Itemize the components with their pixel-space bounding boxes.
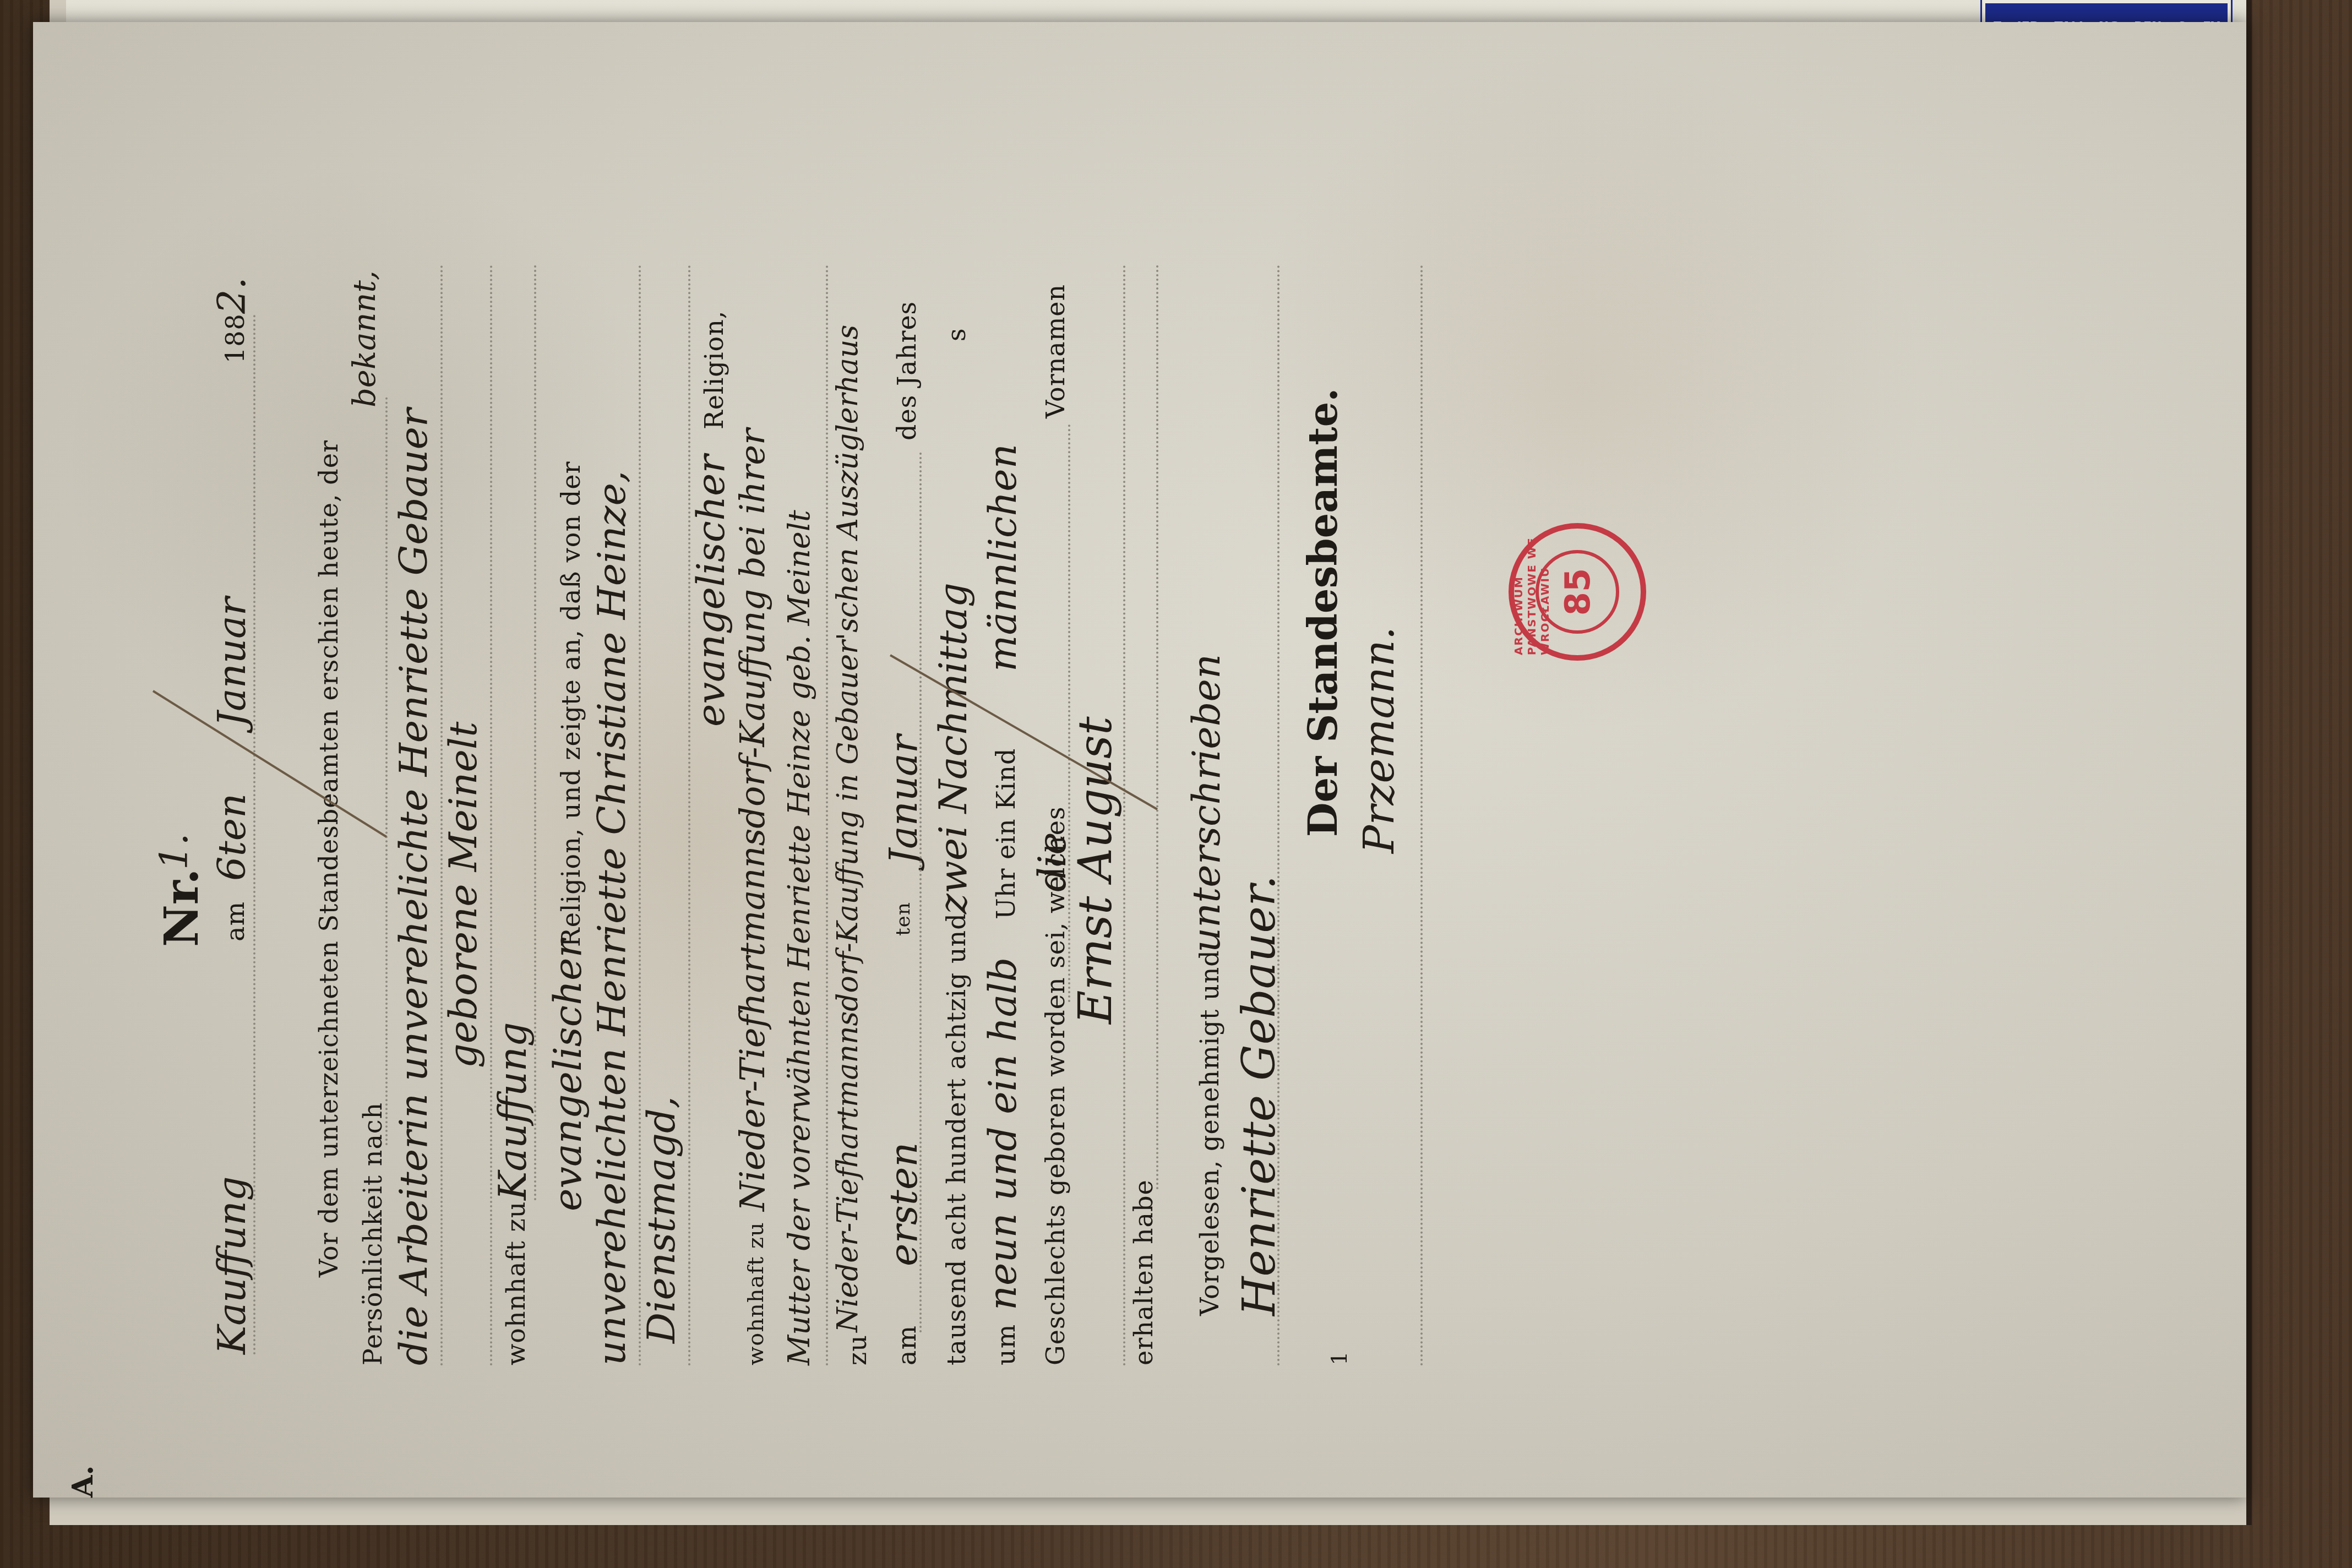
- official-line: [1420, 264, 1423, 1365]
- year-label: des Jahres: [892, 301, 922, 440]
- maiden-name-line: [490, 264, 492, 1365]
- mother-occupation: Dienstmagd,: [639, 1096, 684, 1343]
- entry-number-label: Nr.: [154, 868, 209, 947]
- date-prefix: am: [220, 901, 250, 941]
- informant-maiden-name: geborene Meinelt: [440, 722, 486, 1068]
- mother-residence-label: wohnhaft zu: [743, 1222, 769, 1365]
- year-handwritten: 2.: [209, 277, 254, 314]
- birth-register-form: A. 1 Nr. 1. Kauffung am 6ten Januar 188 …: [33, 66, 2180, 1498]
- residence-value: Kauffung: [490, 1022, 535, 1200]
- birthdate-line: [919, 451, 922, 1332]
- read-approved-label: Vorgelesen, genehmigt und: [1195, 950, 1224, 1316]
- official-title: Der Standesbeamte.: [1299, 388, 1346, 837]
- entry-number-value: 1.: [151, 833, 197, 870]
- archive-stamp: ARCHIWUM PAŃSTWOWE WE WROCŁAWIU 85: [1509, 523, 1646, 661]
- residence-detail-line: [826, 264, 828, 1365]
- birthplace-value: Nieder-Tiefhartmannsdorf-Kauffung in Geb…: [831, 325, 864, 1332]
- birthplace-label: zu: [842, 1335, 872, 1365]
- religion-label: Religion,: [699, 311, 729, 429]
- official-signature: Przemann.: [1354, 627, 1403, 853]
- received-label: erhalten habe: [1129, 1179, 1158, 1365]
- place-handwritten: Kauffung: [209, 1176, 254, 1354]
- date-month: Januar: [209, 597, 254, 727]
- mother-name: unverehelichten Henriette Christiane Hei…: [589, 471, 634, 1365]
- year-words: tausend acht hundert achtzig und: [941, 913, 971, 1365]
- birth-time: neun und ein halb: [980, 957, 1025, 1310]
- date-line: [253, 314, 255, 1354]
- read-approved-value: unterschrieben: [1184, 654, 1229, 952]
- birth-day-suffix: ten: [892, 902, 914, 936]
- child-label: Uhr ein Kind: [991, 748, 1021, 919]
- time-label: um: [991, 1324, 1021, 1365]
- informant-religion: evangelischer: [545, 939, 590, 1211]
- mother-residence-detail: Mutter der vorerwähnten Henriette Heinze…: [782, 510, 816, 1365]
- corner-letter: A.: [66, 1466, 100, 1498]
- cancel-stroke: [153, 690, 387, 837]
- signature-line: [1277, 264, 1280, 1365]
- child-sex: männlichen: [980, 444, 1025, 672]
- intro-text: Vor dem unterzeichneten Standesbeamten e…: [314, 440, 344, 1277]
- mother-religion: evangelischer: [688, 455, 733, 727]
- received-line: [1156, 264, 1158, 1189]
- year-and-time: zwei Nachmittag: [930, 582, 976, 914]
- year-printed: 188: [220, 313, 250, 363]
- page-number: 1: [1327, 1351, 1352, 1365]
- given-names-label: Vornamen: [1041, 284, 1070, 418]
- mother-residence-value: Nieder-Tiefhartmannsdorf-Kauffung bei ih…: [732, 428, 772, 1211]
- occupation-line: [688, 264, 690, 1365]
- residence-label: wohnhaft zu: [501, 1201, 531, 1365]
- religion-text: Religion, und zeigte an, daß von der: [556, 461, 586, 947]
- date-day: 6ten: [209, 793, 254, 881]
- stamp-number: 85: [1558, 568, 1598, 616]
- identity-label: Persönlichkeit nach: [358, 1102, 388, 1365]
- stamp-ring-text: ARCHIWUM PAŃSTWOWE WE WROCŁAWIU: [1512, 529, 1551, 655]
- informant-description: die Arbeiterin unverehelichte Henriette …: [391, 409, 436, 1365]
- identity-suffix: bekannt,: [347, 270, 383, 407]
- identity-line: [385, 396, 388, 1145]
- year-suffix: s: [941, 328, 971, 341]
- child-names-line: [1123, 264, 1125, 1365]
- birthdate-label: am: [892, 1325, 922, 1365]
- residence-line: [534, 264, 536, 1200]
